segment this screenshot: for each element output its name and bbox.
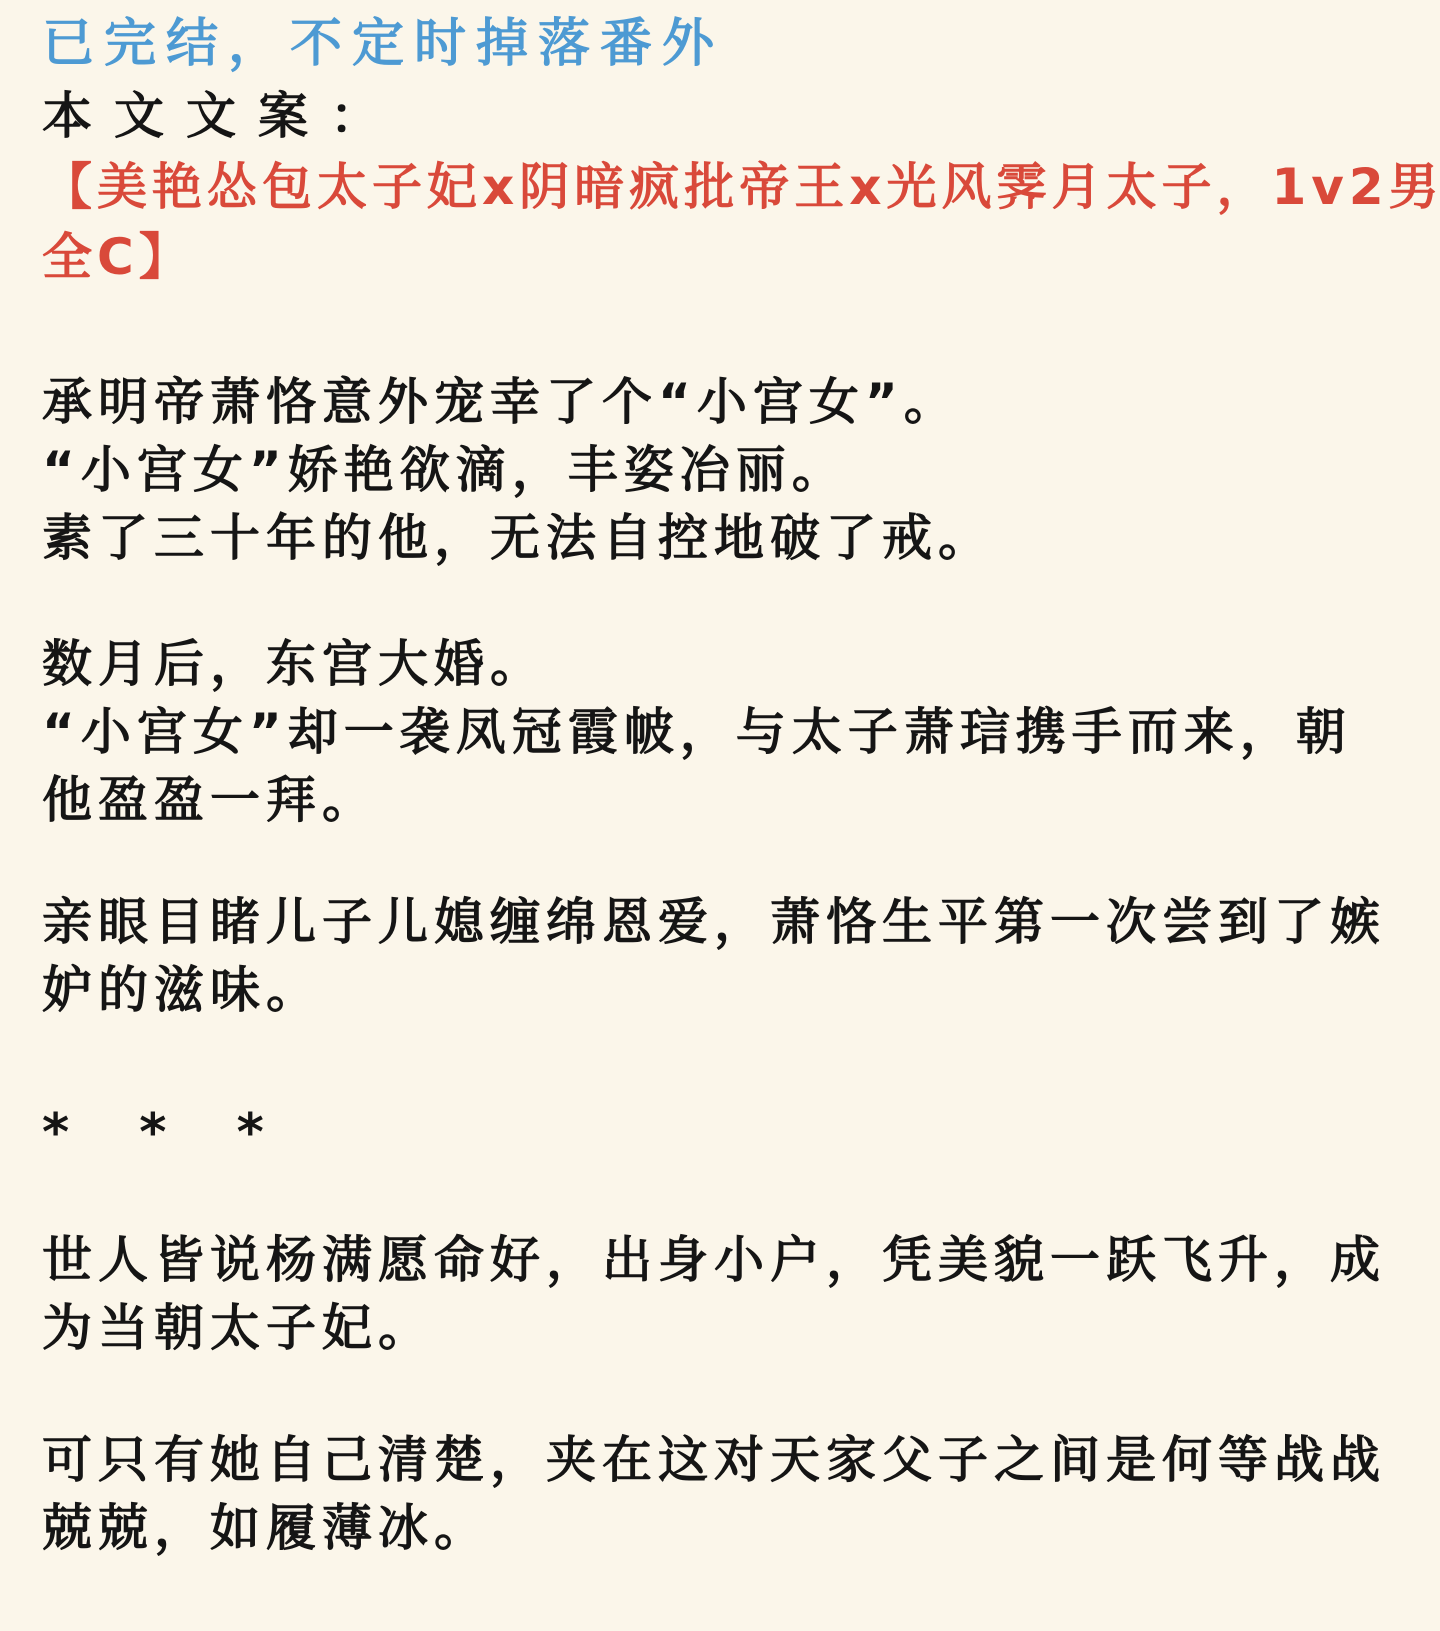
text-line: 可只有她自己清楚，夹在这对天家父子之间是何等战战 <box>42 1426 1410 1494</box>
paragraph-jealousy: 亲眼目睹儿子儿媳缠绵恩爱，萧恪生平第一次尝到了嫉 妒的滋味。 <box>42 888 1410 1024</box>
text-line: 他盈盈一拜。 <box>42 766 1410 834</box>
blurb-header: 已完结，不定时掉落番外 本文文案： 【美艳怂包太子妃x阴暗疯批帝王x光风霁月太子… <box>42 8 1410 292</box>
text-line: “小宫女”娇艳欲滴，丰姿冶丽。 <box>42 436 1410 504</box>
synopsis-label: 本文文案： <box>42 80 1410 152</box>
tagline-line-2: 全C】 <box>42 222 1410 292</box>
text-line: 承明帝萧恪意外宠幸了个“小宫女”。 <box>42 368 1410 436</box>
text-line: 为当朝太子妃。 <box>42 1294 1410 1362</box>
text-line: 数月后，东宫大婚。 <box>42 630 1410 698</box>
paragraph-emperor-favor: 承明帝萧恪意外宠幸了个“小宫女”。 “小宫女”娇艳欲滴，丰姿冶丽。 素了三十年的… <box>42 368 1410 572</box>
completion-status-line: 已完结，不定时掉落番外 <box>42 8 1410 80</box>
text-line: 世人皆说杨满愿命好，出身小户，凭美貌一跃飞升，成 <box>42 1226 1410 1294</box>
text-line: 亲眼目睹儿子儿媳缠绵恩爱，萧恪生平第一次尝到了嫉 <box>42 888 1410 956</box>
tagline-line-1: 【美艳怂包太子妃x阴暗疯批帝王x光风霁月太子，1v2男 <box>42 152 1410 222</box>
paragraph-wedding: 数月后，东宫大婚。 “小宫女”却一袭凤冠霞帔，与太子萧琂携手而来，朝 他盈盈一拜… <box>42 630 1410 834</box>
text-line: 素了三十年的他，无法自控地破了戒。 <box>42 504 1410 572</box>
text-line: “小宫女”却一袭凤冠霞帔，与太子萧琂携手而来，朝 <box>42 698 1410 766</box>
paragraph-heroine-fortune: 世人皆说杨满愿命好，出身小户，凭美貌一跃飞升，成 为当朝太子妃。 <box>42 1226 1410 1362</box>
paragraph-heroine-truth: 可只有她自己清楚，夹在这对天家父子之间是何等战战 兢兢，如履薄冰。 <box>42 1426 1410 1562</box>
text-line: 兢兢，如履薄冰。 <box>42 1494 1410 1562</box>
blurb-page: { "colors": { "paper": "#FBF6EA", "ink":… <box>0 0 1440 1631</box>
novel-blurb: 已完结，不定时掉落番外 本文文案： 【美艳怂包太子妃x阴暗疯批帝王x光风霁月太子… <box>42 8 1410 1562</box>
section-separator: * * * <box>42 1098 1410 1168</box>
text-line: 妒的滋味。 <box>42 956 1410 1024</box>
